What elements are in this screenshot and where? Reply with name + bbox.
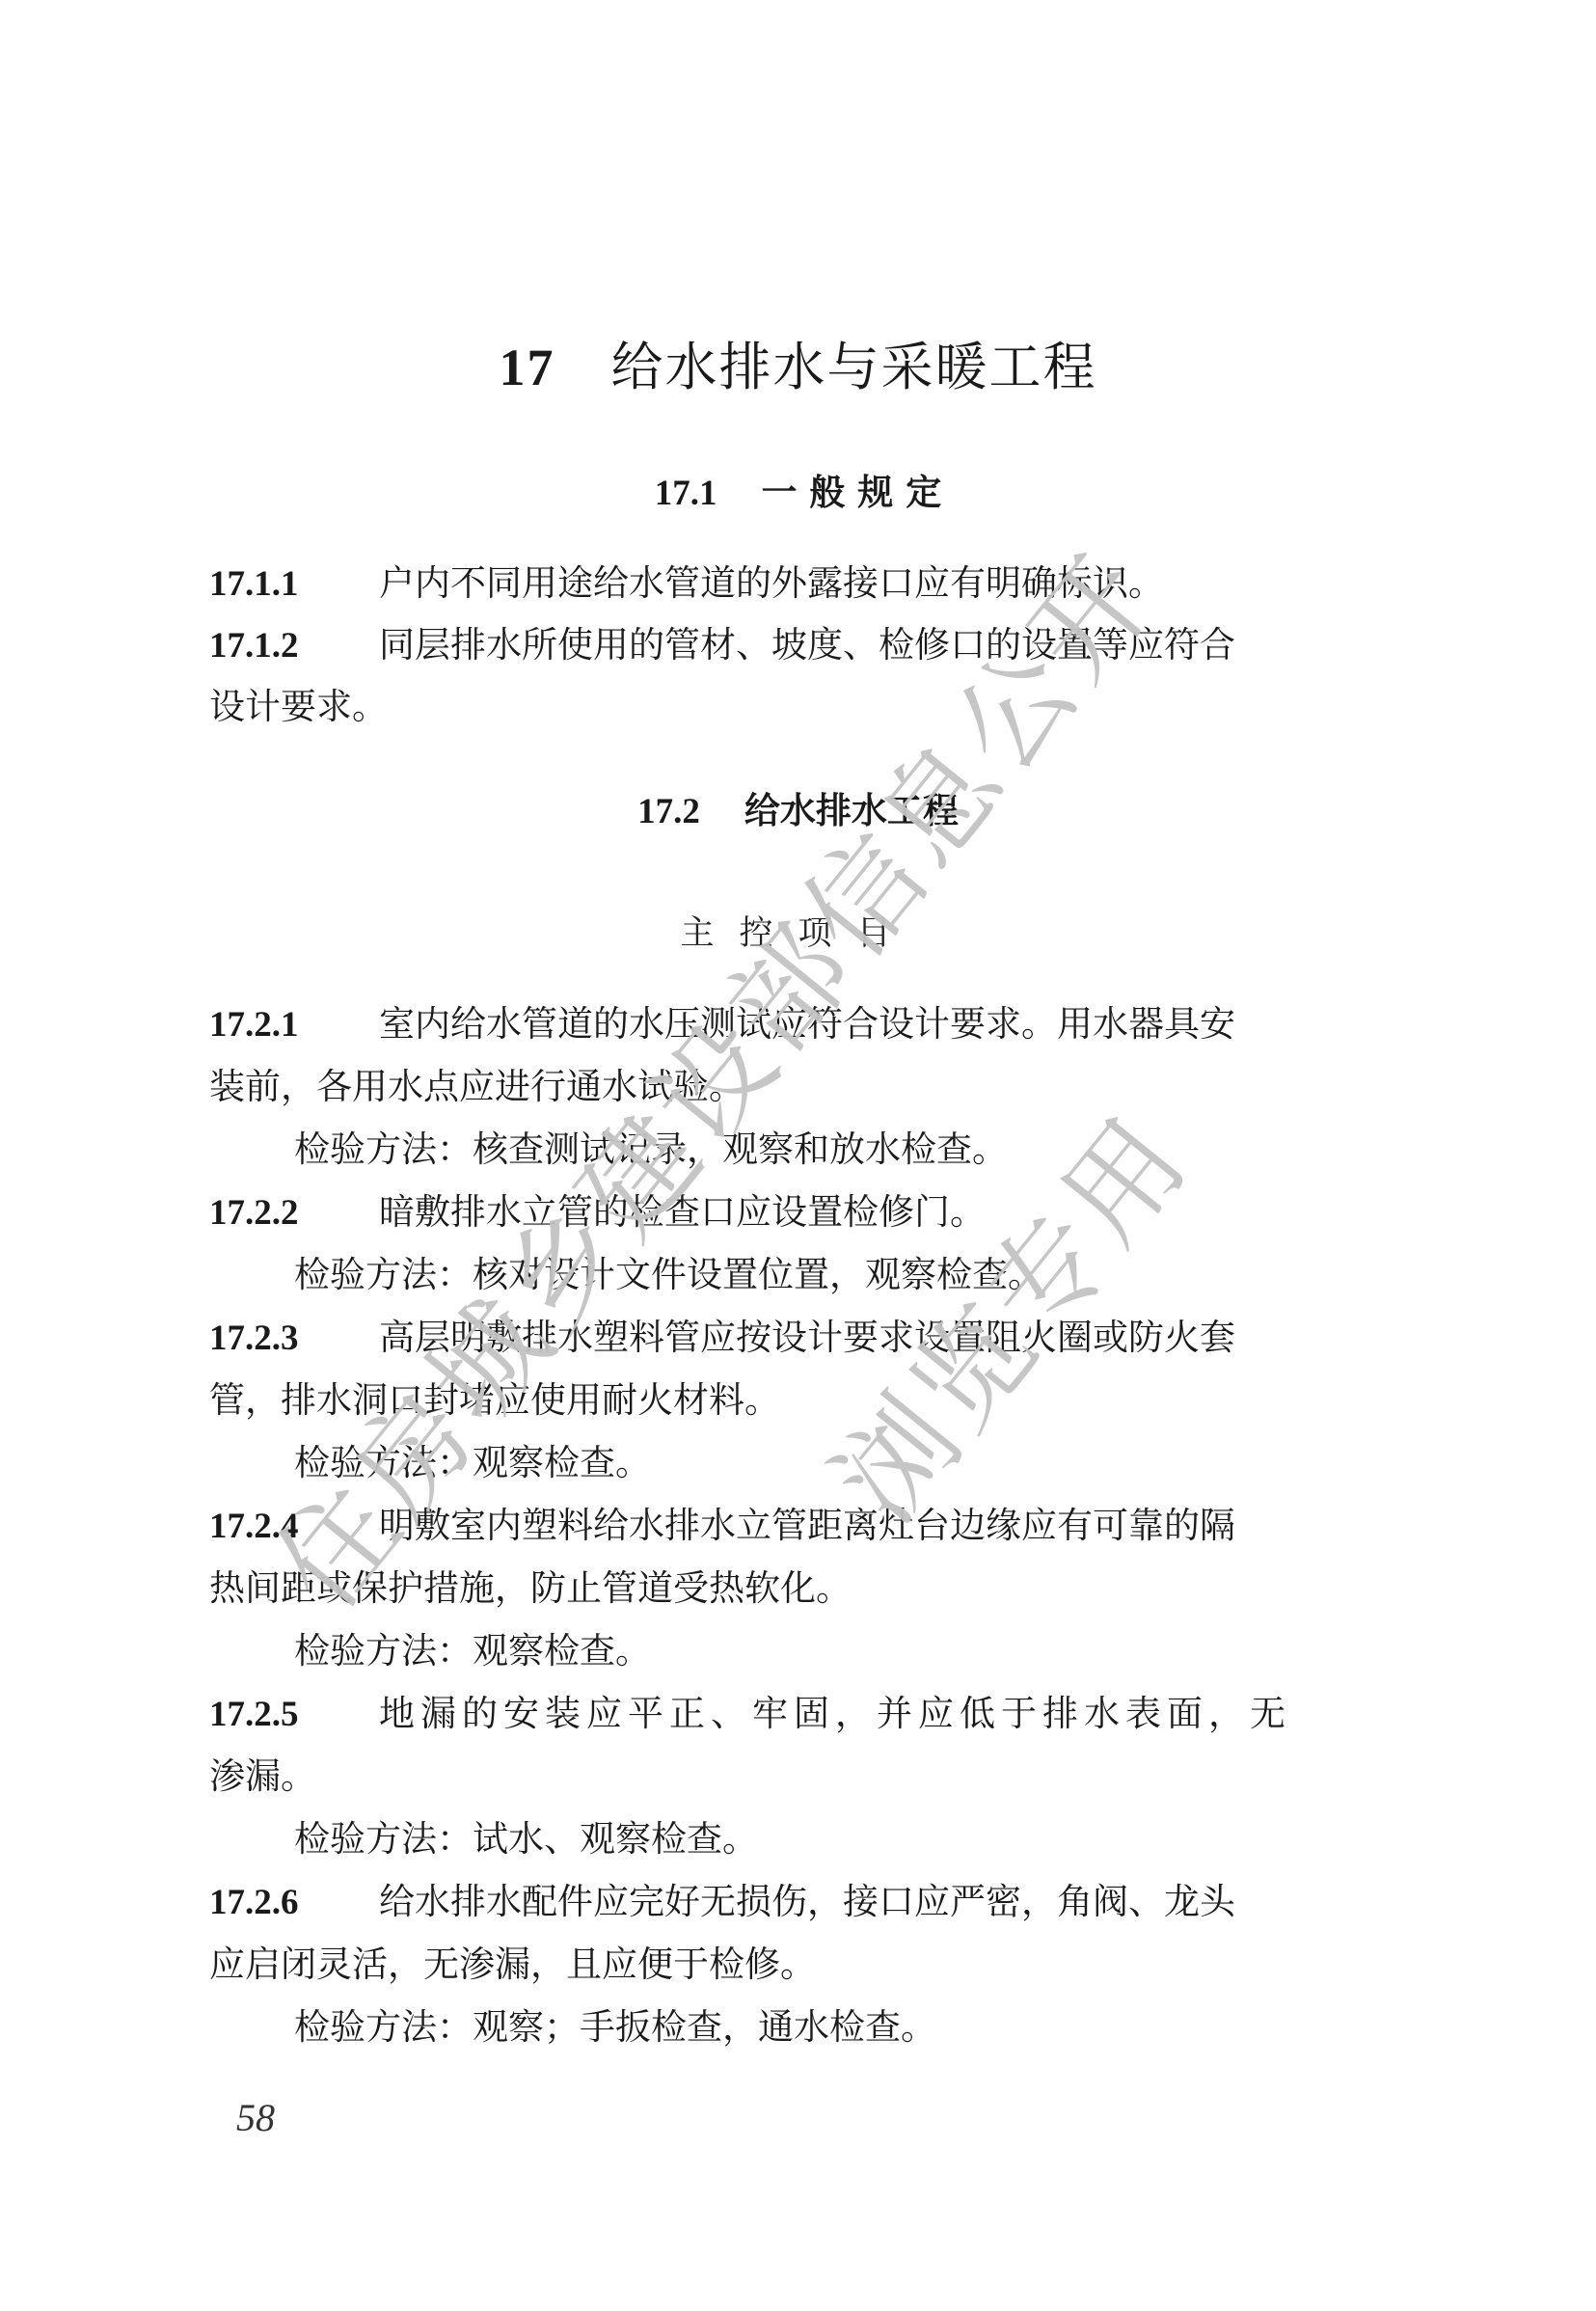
clause-continuation: 热间距或保护措施，防止管道受热软化。	[209, 1567, 852, 1610]
clause-continuation: 管，排水洞口封堵应使用耐火材料。	[209, 1379, 780, 1422]
section-title-text: 给水排水工程	[744, 789, 959, 831]
section-title-text: 一 般 规 定	[762, 471, 942, 513]
clause-text: 室内给水管道的水压测试应符合设计要求。用水器具安	[379, 1003, 1235, 1045]
clause-17-2-5: 17.2.5地漏的安装应平正、牢固，并应低于排水表面，无	[209, 1693, 1291, 1736]
clause-text: 同层排水所使用的管材、坡度、检修口的设置等应符合	[379, 624, 1235, 666]
inspection-method: 检验方法：观察检查。	[294, 1442, 651, 1484]
chapter-number: 17	[500, 339, 555, 396]
clause-number: 17.1.1	[209, 563, 379, 606]
clause-17-2-3: 17.2.3高层明敷排水塑料管应按设计要求设置阻火圈或防火套	[209, 1317, 1235, 1360]
inspection-method: 检验方法：试水、观察检查。	[294, 1818, 758, 1861]
clause-17-2-1: 17.2.1室内给水管道的水压测试应符合设计要求。用水器具安	[209, 1003, 1235, 1047]
clause-number: 17.2.4	[209, 1506, 379, 1548]
clause-continuation: 应启闭灵活，无渗漏，且应便于检修。	[209, 1944, 816, 1986]
clause-number: 17.2.5	[209, 1694, 379, 1736]
inspection-method: 检验方法：观察检查。	[294, 1630, 651, 1672]
chapter-title-text: 给水排水与采暖工程	[611, 337, 1097, 397]
clause-number: 17.2.3	[209, 1318, 379, 1360]
clause-text: 高层明敷排水塑料管应按设计要求设置阻火圈或防火套	[379, 1317, 1235, 1358]
clause-17-1-1: 17.1.1户内不同用途给水管道的外露接口应有明确标识。	[209, 562, 1164, 606]
inspection-method: 检验方法：核查测试记录，观察和放水检查。	[294, 1128, 1008, 1171]
clause-text: 给水排水配件应完好无损伤，接口应严密，角阀、龙头	[379, 1881, 1235, 1922]
clause-text: 户内不同用途给水管道的外露接口应有明确标识。	[379, 562, 1164, 604]
clause-continuation: 装前，各用水点应进行通水试验。	[209, 1066, 744, 1108]
clause-17-2-4: 17.2.4明敷室内塑料给水排水立管距离灶台边缘应有可靠的隔	[209, 1505, 1235, 1548]
clause-number: 17.2.1	[209, 1004, 379, 1047]
section-number: 17.2	[637, 792, 700, 831]
chapter-title: 17给水排水与采暖工程	[0, 326, 1596, 400]
clause-number: 17.2.2	[209, 1192, 379, 1235]
clause-17-1-2: 17.1.2同层排水所使用的管材、坡度、检修口的设置等应符合	[209, 624, 1235, 667]
section-title-17-1: 17.1一 般 规 定	[0, 463, 1596, 515]
inspection-method: 检验方法：观察；手扳检查，通水检查。	[294, 2006, 936, 2049]
clause-number: 17.1.2	[209, 625, 379, 667]
inspection-method: 检验方法：核对设计文件设置位置，观察检查。	[294, 1254, 1043, 1296]
clause-text: 明敷室内塑料给水排水立管距离灶台边缘应有可靠的隔	[379, 1505, 1235, 1546]
clause-text: 暗敷排水立管的检查口应设置检修门。	[379, 1191, 986, 1233]
page-number: 58	[236, 2095, 275, 2140]
clause-text: 地漏的安装应平正、牢固，并应低于排水表面，无	[379, 1693, 1291, 1734]
clause-continuation: 设计要求。	[209, 686, 388, 728]
sub-heading-main-control-items: 主控项目	[0, 907, 1596, 955]
section-title-17-2: 17.2给水排水工程	[0, 781, 1596, 833]
section-number: 17.1	[655, 474, 717, 513]
clause-number: 17.2.6	[209, 1882, 379, 1924]
clause-17-2-6: 17.2.6给水排水配件应完好无损伤，接口应严密，角阀、龙头	[209, 1881, 1235, 1924]
clause-17-2-2: 17.2.2暗敷排水立管的检查口应设置检修门。	[209, 1191, 986, 1235]
clause-continuation: 渗漏。	[209, 1755, 316, 1798]
